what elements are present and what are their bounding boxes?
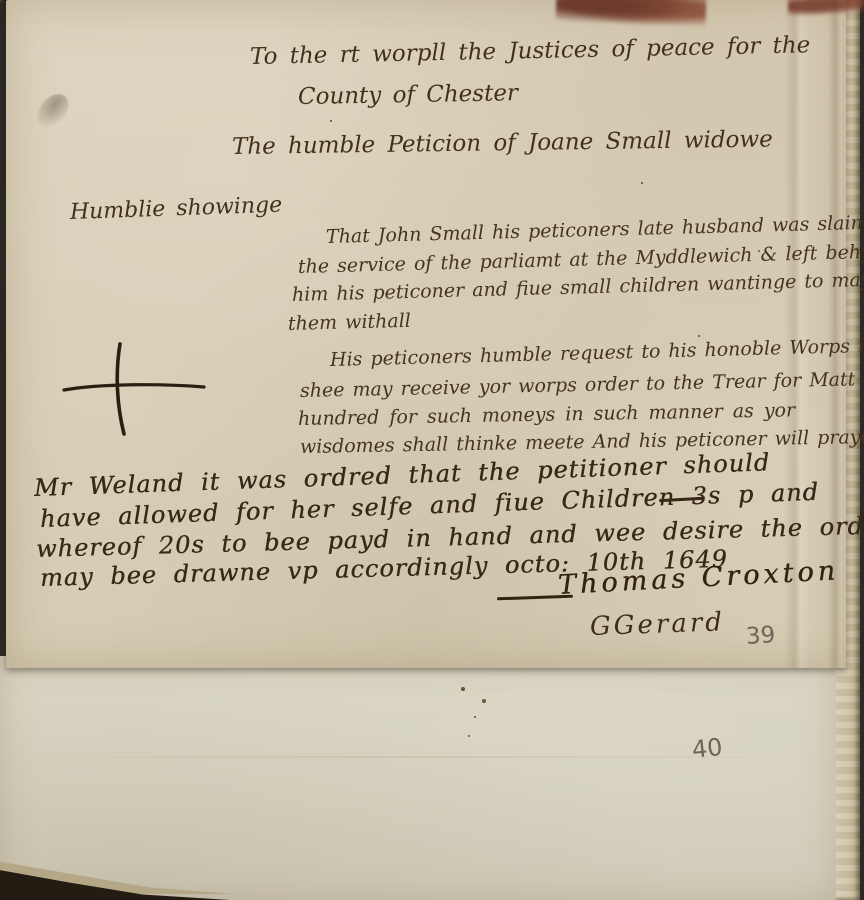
red-ink-stain	[555, 0, 706, 31]
signature-gerard: GGerard	[589, 607, 725, 642]
heading-line-2: County of Chester	[298, 80, 518, 110]
red-ink-stain-corner	[788, 0, 864, 17]
pencil-folio-40: 40	[691, 733, 724, 764]
pencil-folio-39: 39	[745, 622, 776, 650]
manuscript-scan: To the rt worpll the Justices of peace f…	[0, 0, 864, 900]
petition-paragraph1-line4: them withall	[288, 310, 411, 335]
bottom-sheet	[0, 656, 836, 900]
margin-cross-mark	[58, 336, 210, 442]
ink-specks	[0, 0, 2, 2]
